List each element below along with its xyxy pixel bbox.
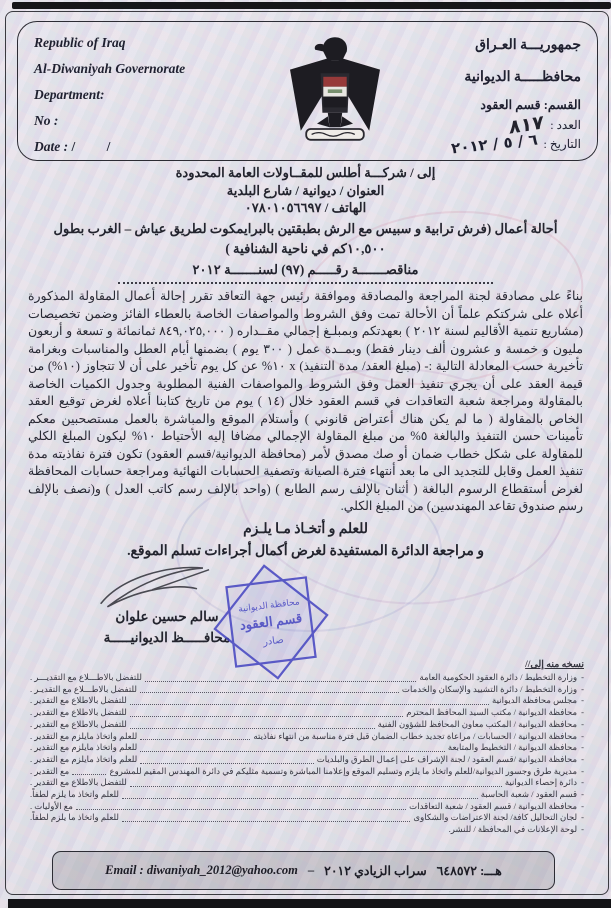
distribution-note: للتفضل بالاطلاع مع التقدير . <box>30 719 127 731</box>
dotted-leader <box>130 704 489 705</box>
distribution-note: للتفضل بالاطلاع مع التقدير . <box>30 707 127 719</box>
dotted-leader <box>130 728 375 729</box>
dotted-leader <box>140 751 445 752</box>
distribution-note: للعلم واتخاذ مايلزم مع التقدير . <box>30 731 137 743</box>
dotted-leader <box>122 798 478 799</box>
distribution-recipient: قسم العقود / شعبة الحاسبة <box>481 789 577 801</box>
dash-bullet: - <box>581 766 584 778</box>
distribution-row: - محافظة الديوانية /قسم العقود / لجنة ال… <box>30 754 584 766</box>
distribution-note: للتفضل بالاطـــلاع مع التقديـر . <box>30 684 137 696</box>
dotted-leader <box>72 774 106 775</box>
distribution-note: للعلم واتخاذ مايلزم مع التقدير . <box>30 742 137 754</box>
dotted-leader <box>130 786 502 787</box>
award-paragraph: بناءً على مصادقة لجنة المراجعة والمصادقة… <box>28 288 583 516</box>
dotted-leader <box>140 739 250 740</box>
distribution-row: - مجلس محافظة الديوانية للتفضل بالاطلاع … <box>30 695 584 707</box>
distribution-recipient: مديرية طرق وجسور الديوانية/للعلم واتخاذ … <box>109 766 577 778</box>
governorate-name-ar: محافظـــــة الديوانية <box>411 62 581 94</box>
dash-bullet: - <box>581 742 584 754</box>
dash-bullet: - <box>581 672 584 684</box>
dash-bullet: - <box>581 695 584 707</box>
dash-bullet: - <box>581 754 584 766</box>
letterhead-arabic: جمهوريـــة العـراق محافظـــــة الديوانية… <box>411 30 581 156</box>
dash-bullet: - <box>581 789 584 801</box>
dotted-leader <box>140 763 313 764</box>
distribution-recipient: محافظة الديوانية / المكتب معاون المحافظ … <box>378 719 577 731</box>
distribution-row: - محافظة الديوانية / مكتب السيد المحافظ … <box>30 707 584 719</box>
dotted-leader <box>122 821 410 822</box>
distribution-recipient: وزارة التخطيط / دائرة التشييد والإسكان و… <box>402 684 577 696</box>
distribution-recipient: لوحة الإعلانات في المحافظة / للنشر. <box>449 824 578 836</box>
addressee-address: العنوان / ديوانية / شارع البلدية <box>26 182 585 200</box>
distribution-row: - دائرة إحصاء الديوانية للتفضل بالاطلاع … <box>30 777 584 789</box>
footer-dash: – <box>308 863 314 878</box>
footer-phone: هـــ: ٦٤٨٥٧٢ <box>437 863 502 879</box>
addressee-company: إلى / شركـــة أطلس للمقــاولات العامة ال… <box>26 164 585 182</box>
dash-bullet: - <box>581 812 584 824</box>
scanned-letter-page: Republic of Iraq Al-Diwaniyah Governorat… <box>0 0 611 908</box>
emblem-wrap <box>275 30 395 156</box>
distribution-row: - محافظة الديوانية / التخطيط والمتابعة ل… <box>30 742 584 754</box>
distribution-rows: - وزارة التخطيط / دائرة العقود الحكومية … <box>30 672 584 836</box>
distribution-list: نسخه منه إلى// - وزارة التخطيط / دائرة ا… <box>30 659 584 836</box>
distribution-row: - لوحة الإعلانات في المحافظة / للنشر. <box>30 824 584 836</box>
iraq-coat-of-arms-icon <box>281 30 389 156</box>
closing-statement-1: للعلم و أتخـاذ مـا يلـزم <box>26 519 585 538</box>
distribution-row: - محافظة الديوانية / الحسابات / مراعاة ت… <box>30 731 584 743</box>
dotted-leader <box>76 809 406 810</box>
dotted-leader <box>130 716 403 717</box>
distribution-recipient: محافظة الديوانية / مكتب السيد المحافظ ال… <box>406 707 577 719</box>
distribution-recipient: وزارة التخطيط / دائرة العقود الحكومية ال… <box>419 672 577 684</box>
distribution-recipient: لجان التحاليل كافة/ لجنة الاعتراضات والش… <box>413 812 577 824</box>
number-label-ar: العدد : <box>550 116 581 135</box>
distribution-note: للتفضل بالاطلاع مع التقدير . <box>30 695 127 707</box>
date-label-en: Date : / / <box>34 134 259 160</box>
distribution-note: للتفضل بالاطلاع مع التقدير . <box>30 777 127 789</box>
distribution-recipient: محافظة الديوانية / قسم العقود / شعبة الت… <box>409 801 577 813</box>
distribution-row: - قسم العقود / شعبة الحاسبة للعلم واتخاذ… <box>30 789 584 801</box>
distribution-heading: نسخه منه إلى// <box>30 659 584 672</box>
distribution-recipient: محافظة الديوانية /قسم العقود / لجنة الإش… <box>317 754 577 766</box>
country-name-ar: جمهوريـــة العـراق <box>411 30 581 62</box>
dash-bullet: - <box>581 719 584 731</box>
distribution-recipient: مجلس محافظة الديوانية <box>492 695 577 707</box>
country-name-en: Republic of Iraq <box>34 30 259 56</box>
date-handwritten: ٦ / ٥ / ٢٠١٢ <box>450 131 538 159</box>
distribution-recipient: محافظة الديوانية / الحسابات / مراعاة تجد… <box>253 731 577 743</box>
ref-number-row: العدد : ٨١٧ <box>411 116 581 135</box>
dash-bullet: - <box>581 684 584 696</box>
footer-middle-text: سراب الزيادي ٢٠١٢ <box>324 863 427 879</box>
distribution-note: مع التقدير . <box>30 766 69 778</box>
date-row: التاريخ : ٦ / ٥ / ٢٠١٢ <box>411 135 581 154</box>
department-label-en: Department: <box>34 82 259 108</box>
dotted-leader <box>145 681 416 682</box>
addressee-phone: الهاتف / ٠٧٨٠١٠٥٦٦٩٧ <box>26 199 585 217</box>
subject-line-1: أحالة أعمال (فرش ترابية و سبيس مع الرش ب… <box>26 220 585 238</box>
subject-line-2: ١٠,٥٠٠كم في ناحية الشنافية ) <box>26 240 585 258</box>
scan-top-edge <box>12 2 611 9</box>
footer-email: Email : diwaniyah_2012@yahoo.com <box>105 863 298 878</box>
department-ar: القسم: قسم العقود <box>411 94 581 116</box>
distribution-row: - محافظة الديوانية / المكتب معاون المحاف… <box>30 719 584 731</box>
dash-bullet: - <box>581 801 584 813</box>
distribution-row: - وزارة التخطيط / دائرة التشييد والإسكان… <box>30 684 584 696</box>
distribution-row: - لجان التحاليل كافة/ لجنة الاعتراضات وا… <box>30 812 584 824</box>
distribution-note: للعلم واتخاذ ما يلزم لطفاً. <box>30 812 119 824</box>
distribution-row: - مديرية طرق وجسور الديوانية/للعلم واتخا… <box>30 766 584 778</box>
distribution-recipient: محافظة الديوانية / التخطيط والمتابعة <box>448 742 577 754</box>
dash-bullet: - <box>581 824 584 836</box>
governorate-name-en: Al-Diwaniyah Governorate <box>34 56 259 82</box>
letterhead: Republic of Iraq Al-Diwaniyah Governorat… <box>17 21 598 161</box>
footer-contact-line: هـــ: ٦٤٨٥٧٢ سراب الزيادي ٢٠١٢ – Email :… <box>105 863 502 879</box>
footer-contact-box: هـــ: ٦٤٨٥٧٢ سراب الزيادي ٢٠١٢ – Email :… <box>52 851 555 890</box>
tender-number-line: مناقصـــــــة رقـــــم (٩٧) لسنـــــــة … <box>26 261 585 279</box>
dash-bullet: - <box>581 707 584 719</box>
distribution-note: للعلم واتخاذ مايلزم مع التقدير . <box>30 754 137 766</box>
date-blank-slashes: / / <box>72 139 125 154</box>
distribution-note: للتفضل بالاطـــلاع مع التقديـــر . <box>30 672 142 684</box>
distribution-recipient: دائرة إحصاء الديوانية <box>505 777 577 789</box>
letterhead-english: Republic of Iraq Al-Diwaniyah Governorat… <box>34 30 259 156</box>
distribution-note: مع الأوليات . <box>30 801 73 813</box>
dash-bullet: - <box>581 777 584 789</box>
letter-body: إلى / شركـــة أطلس للمقــاولات العامة ال… <box>26 164 585 560</box>
distribution-note: للعلم واتخاذ ما يلزم لطفاً. <box>30 789 119 801</box>
number-label-en: No : <box>34 108 259 134</box>
date-label-ar: التاريخ : <box>544 135 581 154</box>
dotted-leader <box>140 692 399 693</box>
dotted-separator <box>118 280 493 284</box>
scan-bottom-edge <box>8 899 611 908</box>
dash-bullet: - <box>581 731 584 743</box>
distribution-row: - محافظة الديوانية / قسم العقود / شعبة ا… <box>30 801 584 813</box>
distribution-row: - وزارة التخطيط / دائرة العقود الحكومية … <box>30 672 584 684</box>
